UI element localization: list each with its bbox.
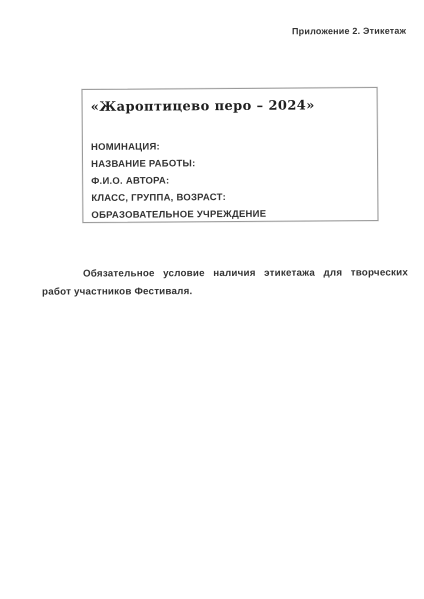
label-template-content: «Жароптицево перо – 2024» НОМИНАЦИЯ: НАЗ…	[83, 88, 378, 224]
document-page: Приложение 2. Этикетаж «Жароптицево перо…	[0, 0, 424, 599]
mandatory-condition-note: Обязательное условие наличия этикетажа д…	[42, 264, 408, 300]
field-label-work-title: НАЗВАНИЕ РАБОТЫ:	[91, 154, 369, 173]
field-label-nomination: НОМИНАЦИЯ:	[91, 137, 369, 156]
field-label-class-group-age: КЛАСС, ГРУППА, ВОЗРАСТ:	[91, 188, 369, 207]
label-fields: НОМИНАЦИЯ: НАЗВАНИЕ РАБОТЫ: Ф.И.О. АВТОР…	[91, 137, 370, 224]
appendix-header-note: Приложение 2. Этикетаж	[292, 26, 406, 37]
label-template-box: «Жароптицево перо – 2024» НОМИНАЦИЯ: НАЗ…	[82, 87, 379, 223]
field-label-educational-institution: ОБРАЗОВАТЕЛЬНОЕ УЧРЕЖДЕНИЕ	[91, 205, 369, 224]
field-label-author-name: Ф.И.О. АВТОРА:	[91, 171, 369, 190]
festival-title: «Жароптицево перо – 2024»	[91, 98, 369, 116]
